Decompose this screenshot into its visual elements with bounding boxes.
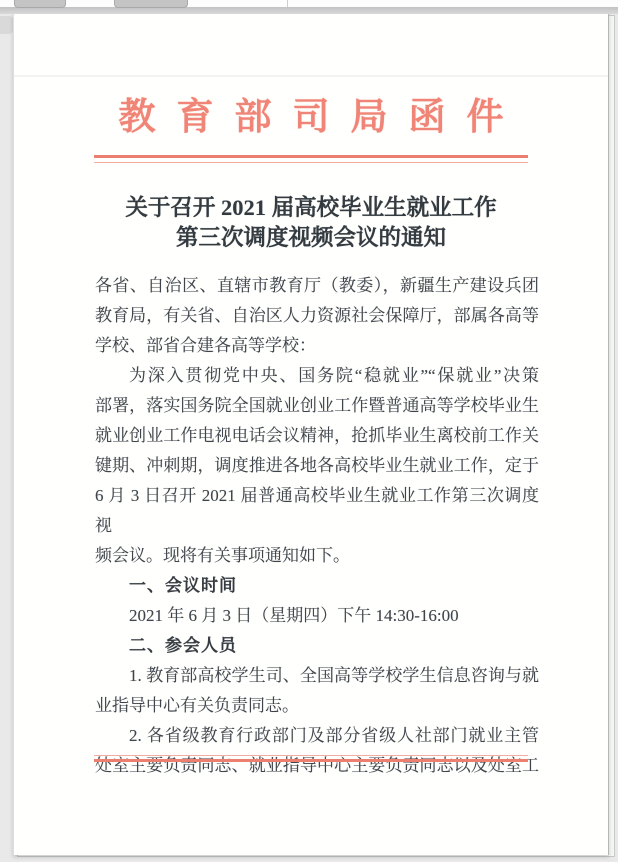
body-line: 学校、部省合建各高等学校：	[95, 331, 539, 361]
body-line: 各省、自治区、直辖市教育厅（教委），新疆生产建设兵团	[95, 271, 539, 301]
chrome-bottom-band	[0, 7, 618, 14]
body-line: 就业创业工作电视电话会议精神，抢抓毕业生离校前工作关	[95, 421, 539, 451]
scan-gutter-shadow	[0, 16, 13, 34]
document-title-line1: 关于召开 2021 届高校毕业生就业工作	[89, 193, 533, 223]
document-title: 关于召开 2021 届高校毕业生就业工作 第三次调度视频会议的通知	[89, 193, 533, 253]
document-body: 各省、自治区、直辖市教育厅（教委），新疆生产建设兵团教育局，有关省、自治区人力资…	[95, 271, 539, 781]
browser-chrome-strip	[0, 0, 618, 7]
letterhead-rule-thick	[94, 155, 528, 158]
body-line: 1. 教育部高校学生司、全国高等学校学生信息咨询与就	[95, 661, 539, 691]
body-line: 业指导中心有关负责同志。	[95, 691, 539, 721]
body-line: 2. 各省级教育行政部门及部分省级人社部门就业主管	[95, 721, 539, 751]
body-line: 为深入贯彻党中央、国务院“稳就业”“保就业”决策	[95, 361, 539, 391]
chrome-divider	[287, 0, 288, 7]
body-section-heading: 一、会议时间	[95, 571, 539, 601]
body-line: 6 月 3 日召开 2021 届普通高校毕业生就业工作第三次调度视	[95, 481, 539, 541]
letterhead-title: 教育部司局函件	[14, 98, 608, 138]
document-page: 教育部司局函件 关于召开 2021 届高校毕业生就业工作 第三次调度视频会议的通…	[13, 13, 609, 855]
body-line: 键期、冲刺期，调度推进各地各高校毕业生就业工作，定于	[95, 451, 539, 481]
scan-crease	[14, 75, 608, 77]
body-line: 部署，落实国务院全国就业创业工作暨普通高等学校毕业生	[95, 391, 539, 421]
footer-rule-thin	[94, 755, 528, 756]
toolbar-button-remnant-left[interactable]	[14, 0, 66, 8]
letterhead-rule-thin	[94, 162, 528, 163]
document-title-line2: 第三次调度视频会议的通知	[89, 223, 533, 253]
body-line: 教育局，有关省、自治区人力资源社会保障厅，部属各高等	[95, 301, 539, 331]
body-section-heading: 二、参会人员	[95, 631, 539, 661]
toolbar-button-remnant-right[interactable]	[114, 0, 188, 8]
body-line: 频会议。现将有关事项通知如下。	[95, 541, 539, 571]
footer-rule-thick	[94, 759, 528, 762]
body-line: 2021 年 6 月 3 日（星期四）下午 14:30-16:00	[95, 601, 539, 631]
scanned-document-view: 教育部司局函件 关于召开 2021 届高校毕业生就业工作 第三次调度视频会议的通…	[0, 0, 618, 862]
